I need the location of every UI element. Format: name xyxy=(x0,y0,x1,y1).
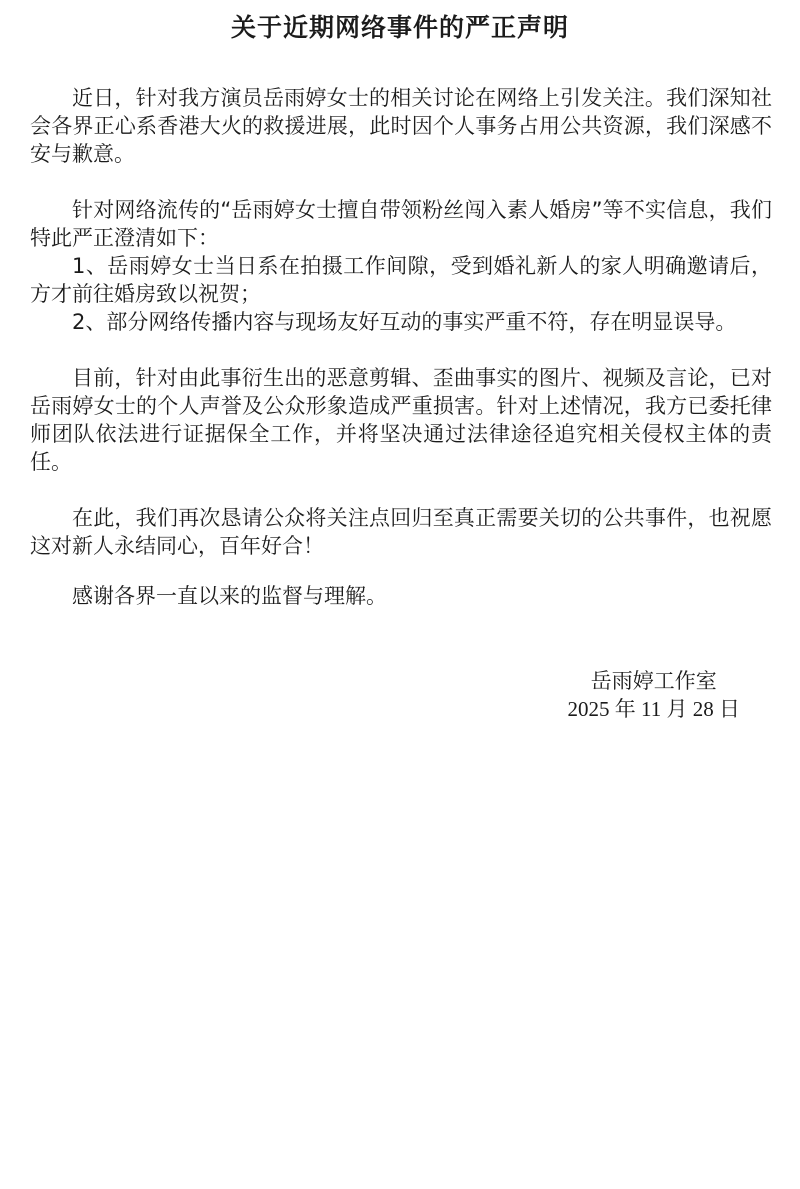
paragraph-thanks: 感谢各界一直以来的监督与理解。 xyxy=(30,582,772,610)
signature-studio-name: 岳雨婷工作室 xyxy=(568,667,740,695)
clarification-item-1: 1、岳雨婷女士当日系在拍摄工作间隙，受到婚礼新人的家人明确邀请后，方才前往婚房致… xyxy=(30,252,772,308)
paragraph-intro: 近日，针对我方演员岳雨婷女士的相关讨论在网络上引发关注。我们深知社会各界正心系香… xyxy=(30,84,772,168)
paragraph-legal-action: 目前，针对由此事衍生出的恶意剪辑、歪曲事实的图片、视频及言论，已对岳雨婷女士的个… xyxy=(30,364,772,476)
signature-date: 2025 年 11 月 28 日 xyxy=(568,695,740,723)
statement-title: 关于近期网络事件的严正声明 xyxy=(0,0,800,43)
statement-document: 关于近期网络事件的严正声明 近日，针对我方演员岳雨婷女士的相关讨论在网络上引发关… xyxy=(0,0,800,1189)
paragraph-clarification-lead: 针对网络流传的“岳雨婷女士擅自带领粉丝闯入素人婚房”等不实信息，我们特此严正澄清… xyxy=(30,196,772,252)
clarification-item-2: 2、部分网络传播内容与现场友好互动的事实严重不符，存在明显误导。 xyxy=(30,308,772,336)
statement-body: 近日，针对我方演员岳雨婷女士的相关讨论在网络上引发关注。我们深知社会各界正心系香… xyxy=(0,84,800,723)
signature-block: 岳雨婷工作室 2025 年 11 月 28 日 xyxy=(568,667,740,723)
paragraph-appeal: 在此，我们再次恳请公众将关注点回归至真正需要关切的公共事件，也祝愿这对新人永结同… xyxy=(30,504,772,560)
